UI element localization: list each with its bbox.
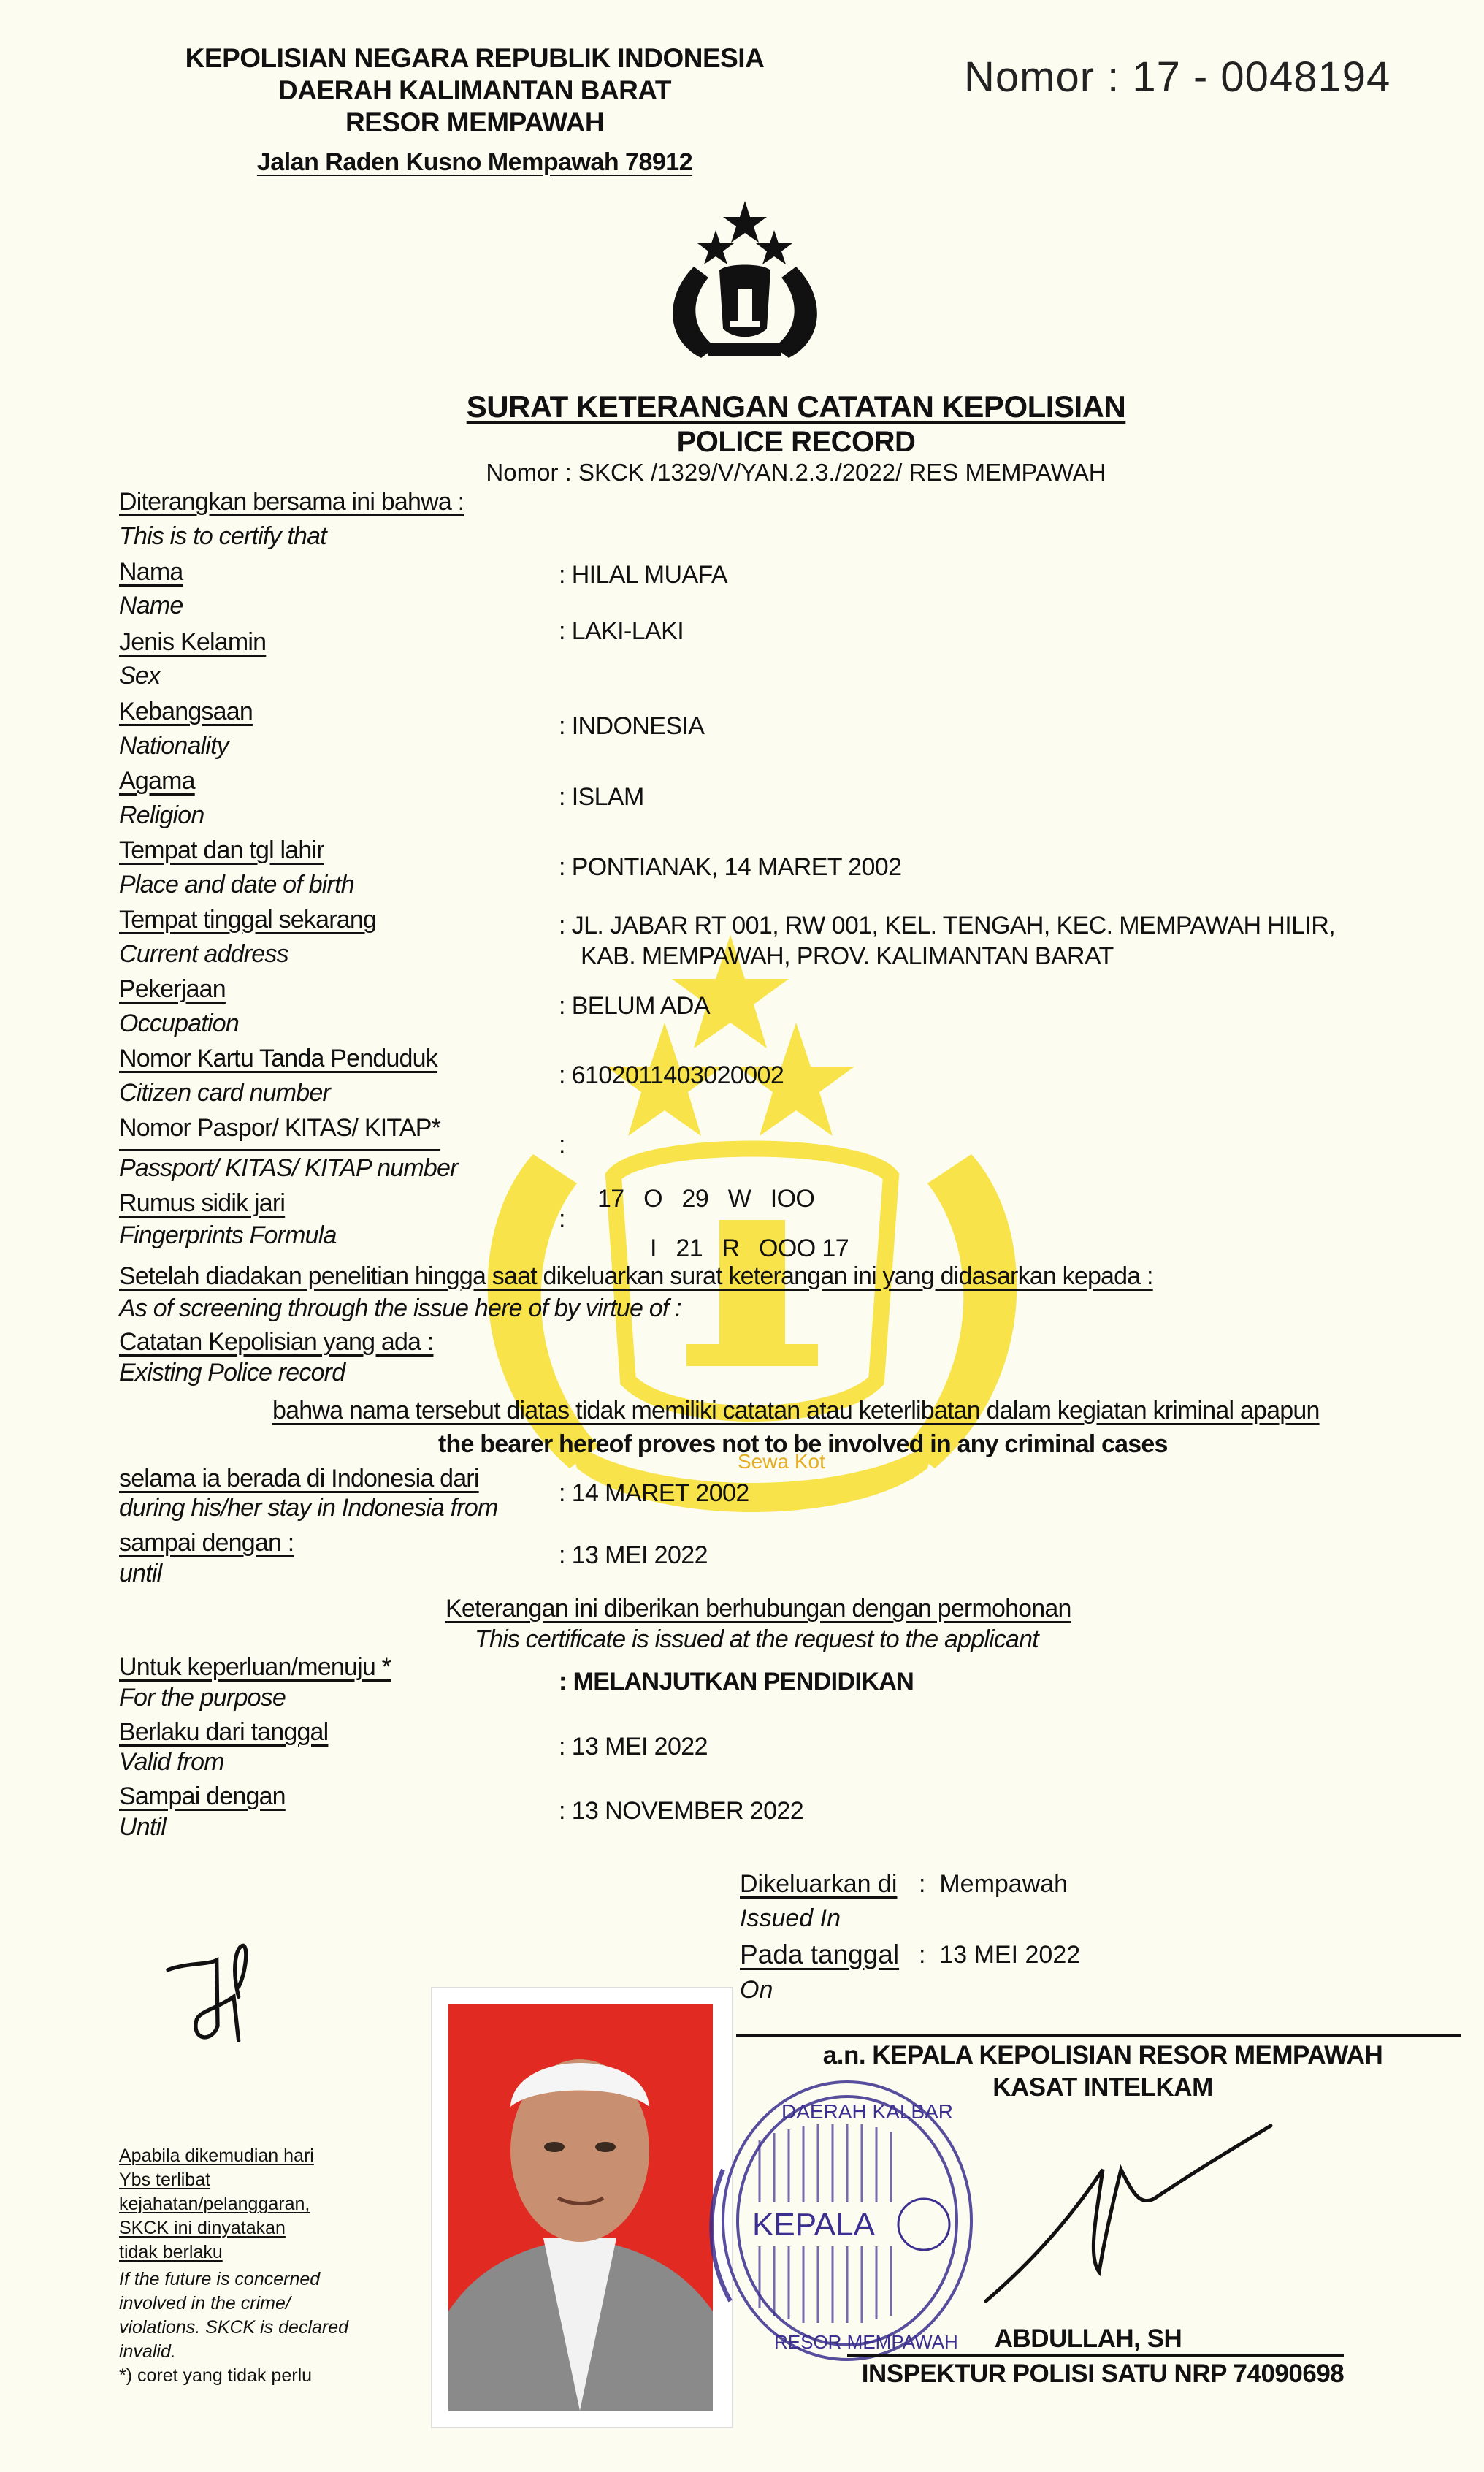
- issued-in-label-id: Dikeluarkan di: [740, 1870, 897, 1899]
- field-label-fingerprint-en: Fingerprints Formula: [119, 1221, 337, 1250]
- fingerprint-formula-line1: 17 O 29 W IOO: [597, 1185, 814, 1213]
- valid-from-label-id: Berlaku dari tanggal: [119, 1718, 328, 1747]
- field-label-birth-en: Place and date of birth: [119, 871, 354, 899]
- signatory-rank: INSPEKTUR POLISI SATU NRP 74090698: [840, 2358, 1366, 2390]
- field-value-name: HILAL MUAFA: [572, 561, 727, 589]
- valid-from-value: 13 MEI 2022: [572, 1733, 708, 1760]
- record-label-en: Existing Police record: [119, 1359, 345, 1387]
- note-line-en-3: violations. SKCK is declared: [119, 2316, 348, 2340]
- stay-from-value: 14 MARET 2002: [572, 1479, 749, 1507]
- record-statement-en: the bearer hereof proves not to be invol…: [438, 1430, 1168, 1459]
- fingerprint-formula-line2: I 21 R OOO 17: [650, 1235, 849, 1263]
- issued-on-value: 13 MEI 2022: [939, 1941, 1080, 1969]
- note-line-id-2: Ybs terlibat: [119, 2168, 348, 2192]
- stay-from-label-id: selama ia berada di Indonesia dari: [119, 1465, 479, 1493]
- screening-en: As of screening through the issue here o…: [119, 1294, 681, 1323]
- note-line-en-2: involved in the crime/: [119, 2292, 348, 2316]
- field-value-address-line2: KAB. MEMPAWAH, PROV. KALIMANTAN BARAT: [581, 942, 1114, 971]
- field-label-religion: Agama: [119, 767, 195, 796]
- valid-until-label-en: Until: [119, 1813, 166, 1842]
- field-label-fingerprint: Rumus sidik jari: [119, 1189, 285, 1218]
- stay-until-label-id: sampai dengan :: [119, 1529, 294, 1557]
- field-value-address-line1: JL. JABAR RT 001, RW 001, KEL. TENGAH, K…: [572, 912, 1335, 939]
- officer-signature: [979, 2111, 1285, 2316]
- intro-id: Diterangkan bersama ini bahwa :: [119, 488, 464, 516]
- note-footnote: *) coret yang tidak perlu: [119, 2364, 348, 2388]
- field-value-occupation: BELUM ADA: [572, 992, 710, 1020]
- field-label-nationality: Kebangsaan: [119, 698, 253, 726]
- svg-text:DAERAH KALBAR: DAERAH KALBAR: [781, 2100, 953, 2123]
- issued-in-label-en: Issued In: [740, 1904, 841, 1933]
- note-line-en-4: invalid.: [119, 2340, 348, 2364]
- agency-address: Jalan Raden Kusno Mempawah 78912: [146, 146, 803, 178]
- issued-on-label-en: On: [740, 1976, 773, 2004]
- note-line-id-4: SKCK ini dinyatakan: [119, 2216, 348, 2240]
- stay-until-label-en: until: [119, 1560, 161, 1588]
- field-label-birth: Tempat dan tgl lahir: [119, 836, 324, 865]
- request-en: This certificate is issued at the reques…: [475, 1625, 1039, 1654]
- issued-on-label-id: Pada tanggal: [740, 1939, 899, 1970]
- request-id: Keterangan ini diberikan berhubungan den…: [445, 1595, 1071, 1623]
- note-line-en-1: If the future is concerned: [119, 2267, 348, 2292]
- field-label-address-en: Current address: [119, 940, 288, 969]
- field-label-name: Nama: [119, 558, 183, 587]
- field-label-sex-en: Sex: [119, 662, 160, 690]
- valid-until-label-id: Sampai dengan: [119, 1782, 286, 1811]
- field-label-occupation-en: Occupation: [119, 1010, 239, 1038]
- note-line-id-1: Apabila dikemudian hari: [119, 2144, 348, 2168]
- field-label-name-en: Name: [119, 592, 183, 620]
- purpose-value: MELANJUTKAN PENDIDIKAN: [573, 1668, 914, 1695]
- field-label-religion-en: Religion: [119, 801, 204, 830]
- signature-divider: [736, 2034, 1461, 2037]
- agency-name-line2: DAERAH KALIMANTAN BARAT: [146, 75, 803, 107]
- field-value-nationality: INDONESIA: [572, 712, 705, 740]
- record-statement-id: bahwa nama tersebut diatas tidak memilik…: [272, 1397, 1320, 1425]
- applicant-photo: [431, 1987, 733, 2428]
- agency-name-line3: RESOR MEMPAWAH: [146, 107, 803, 139]
- field-label-passport-en: Passport/ KITAS/ KITAP number: [119, 1154, 458, 1183]
- screening-id: Setelah diadakan penelitian hingga saat …: [119, 1262, 1153, 1291]
- police-emblem-icon: [657, 194, 833, 362]
- valid-until-value: 13 NOVEMBER 2022: [572, 1797, 803, 1825]
- intro-en: This is to certify that: [119, 522, 326, 551]
- stay-until-value: 13 MEI 2022: [572, 1541, 708, 1569]
- document-title: SURAT KETERANGAN CATATAN KEPOLISIAN: [394, 391, 1198, 423]
- purpose-label-en: For the purpose: [119, 1684, 286, 1712]
- field-label-occupation: Pekerjaan: [119, 975, 226, 1004]
- svg-text:KEPALA: KEPALA: [752, 2207, 876, 2243]
- valid-from-label-en: Valid from: [119, 1748, 224, 1777]
- note-line-id-3: kejahatan/pelanggaran,: [119, 2192, 348, 2216]
- field-value-religion: ISLAM: [572, 783, 644, 811]
- field-label-citizen-card-en: Citizen card number: [119, 1079, 330, 1107]
- document-number: Nomor : SKCK /1329/V/YAN.2.3./2022/ RES …: [394, 459, 1198, 487]
- agency-name-line1: KEPOLISIAN NEGARA REPUBLIK INDONESIA: [146, 42, 803, 75]
- field-label-passport: Nomor Paspor/ KITAS/ KITAP*: [119, 1114, 440, 1142]
- field-label-citizen-card: Nomor Kartu Tanda Penduduk: [119, 1045, 437, 1073]
- field-label-address: Tempat tinggal sekarang: [119, 906, 376, 934]
- applicant-signature: [139, 1899, 285, 2075]
- field-label-nationality-en: Nationality: [119, 732, 229, 760]
- document-title-english: POLICE RECORD: [394, 426, 1198, 458]
- note-line-id-5: tidak berlaku: [119, 2240, 348, 2265]
- record-label-id: Catatan Kepolisian yang ada :: [119, 1328, 433, 1357]
- field-value-sex: LAKI-LAKI: [572, 617, 684, 645]
- signatory-name-underline: [847, 2354, 1344, 2357]
- stay-from-label-en: during his/her stay in Indonesia from: [119, 1494, 497, 1522]
- signatory-name: ABDULLAH, SH: [876, 2323, 1300, 2355]
- validity-note: Apabila dikemudian hari Ybs terlibat kej…: [119, 2144, 348, 2388]
- serial-number: Nomor : 17 - 0048194: [964, 53, 1391, 102]
- issued-in-value: Mempawah: [939, 1870, 1068, 1898]
- purpose-label-id: Untuk keperluan/menuju *: [119, 1653, 391, 1682]
- field-value-birth: PONTIANAK, 14 MARET 2002: [572, 853, 902, 881]
- field-label-sex: Jenis Kelamin: [119, 628, 266, 657]
- field-value-citizen-card: 6102011403020002: [572, 1061, 784, 1089]
